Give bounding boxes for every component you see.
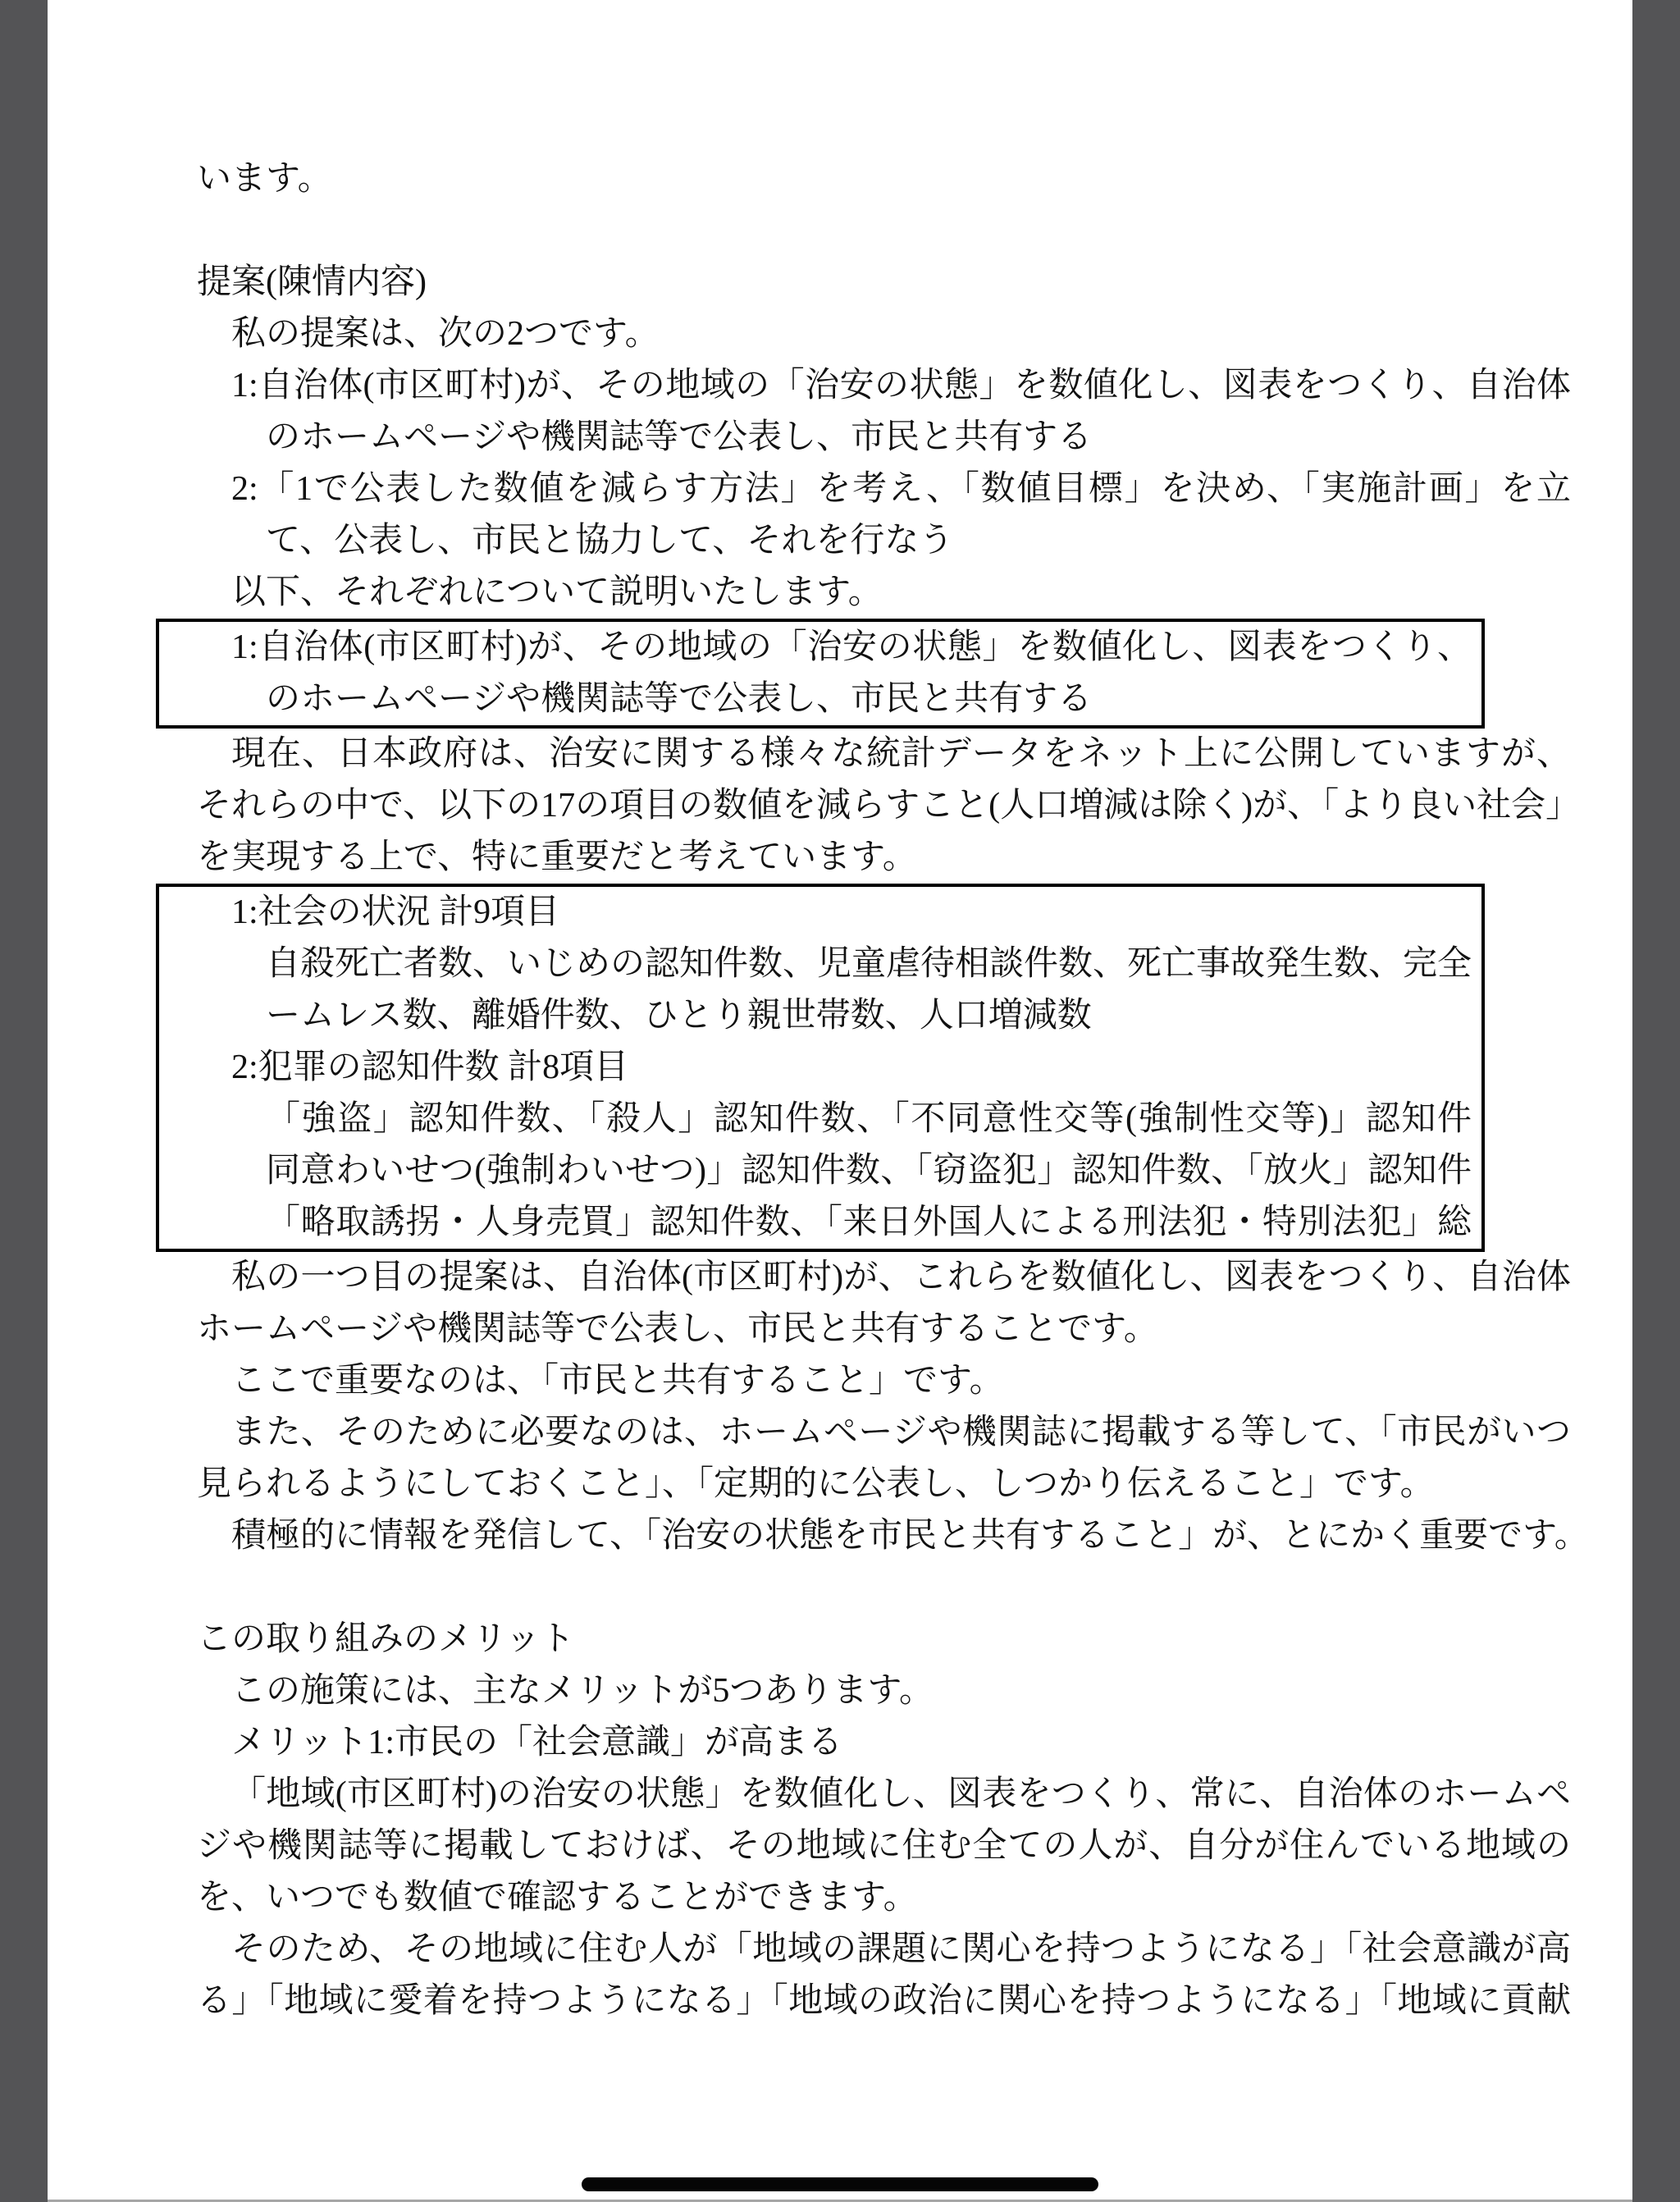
text-line: います。 bbox=[197, 153, 1571, 205]
paragraph-line: ジや機関誌等に掲載しておけば、その地域に住む全ての人が、自分が住んでいる地域の状… bbox=[197, 1821, 1571, 1872]
list-item: 1:自治体(市区町村)が、その地域の「治安の状態」を数値化し、図表をつくり、自治… bbox=[197, 360, 1571, 412]
right-margin-bar bbox=[1632, 0, 1680, 2202]
text-line: 私の提案は、次の2つです。 bbox=[197, 308, 1571, 360]
paragraph-line: この施策には、主なメリットが5つあります。 bbox=[197, 1665, 1571, 1717]
list-item: 2:「1で公表した数値を減らす方法」を考え、「数値目標」を決め、「実施計画」を立 bbox=[197, 464, 1571, 515]
blank-line bbox=[197, 205, 1571, 257]
boxed-category-header: 2:犯罪の認知件数 計8項目 bbox=[197, 1042, 1472, 1094]
list-item-continuation: て、公表し、市民と協力して、それを行なう bbox=[197, 515, 1571, 567]
boxed-text-line: 同意わいせつ(強制わいせつ)」認知件数、「窃盗犯」認知件数、「放火」認知件数、 bbox=[197, 1145, 1472, 1197]
boxed-text-line: 1:自治体(市区町村)が、その地域の「治安の状態」を数値化し、図表をつくり、自治… bbox=[197, 622, 1472, 674]
document-viewer-screen: います。 提案(陳情内容) 私の提案は、次の2つです。 1:自治体(市区町村)が… bbox=[0, 0, 1680, 2202]
blank-line bbox=[197, 1562, 1571, 1614]
boxed-text-line: 「強盗」認知件数、「殺人」認知件数、「不同意性交等(強制性交等)」認知件数、「不 bbox=[197, 1094, 1472, 1145]
boxed-category-header: 1:社会の状況 計9項目 bbox=[197, 887, 1472, 939]
paragraph-line: 見られるようにしておくこと」、「定期的に公表し、しつかり伝えること」です。 bbox=[197, 1459, 1571, 1510]
left-margin-bar bbox=[0, 0, 48, 2202]
paragraph-line: 現在、日本政府は、治安に関する様々な統計データをネット上に公開していますが、私は… bbox=[197, 729, 1571, 780]
paragraph-line: また、そのために必要なのは、ホームページや機関誌に掲載する等して、「市民がいつで… bbox=[197, 1407, 1571, 1459]
paragraph-line: そのため、その地域に住む人が「地域の課題に関心を持つようになる」「社会意識が高ま bbox=[197, 1924, 1571, 1976]
proposal-1-box: 1:自治体(市区町村)が、その地域の「治安の状態」を数値化し、図表をつくり、自治… bbox=[156, 619, 1485, 729]
paragraph-line: を実現する上で、特に重要だと考えています。 bbox=[197, 832, 1571, 884]
paragraph-line: それらの中で、以下の17の項目の数値を減らすこと(人口増減は除く)が、「より良い… bbox=[197, 780, 1571, 832]
paragraph-line: ホームページや機関誌等で公表し、市民と共有することです。 bbox=[197, 1304, 1571, 1355]
paragraph-line: ここで重要なのは、「市民と共有すること」です。 bbox=[197, 1355, 1571, 1407]
paragraph-line: る」「地域に愛着を持つようになる」「地域の政治に関心を持つようになる」「地域に貢… bbox=[197, 1976, 1571, 2027]
statistics-items-box: 1:社会の状況 計9項目 自殺死亡者数、いじめの認知件数、児童虐待相談件数、死亡… bbox=[156, 884, 1485, 1252]
list-item-continuation: のホームページや機関誌等で公表し、市民と共有する bbox=[197, 412, 1571, 464]
paragraph-line: 私の一つ目の提案は、自治体(市区町村)が、これらを数値化し、図表をつくり、自治体… bbox=[197, 1252, 1571, 1304]
section-heading: この取り組みのメリット bbox=[197, 1614, 1571, 1665]
paragraph-line: 「地域(市区町村)の治安の状態」を数値化し、図表をつくり、常に、自治体のホームペ… bbox=[197, 1769, 1571, 1821]
boxed-text-line: 「略取誘拐・人身売買」認知件数、「来日外国人による刑法犯・特別法犯」総検挙件数 bbox=[197, 1197, 1472, 1249]
section-heading: 提案(陳情内容) bbox=[197, 257, 1571, 308]
text-line: 以下、それぞれについて説明いたします。 bbox=[197, 567, 1571, 619]
paragraph-line: を、いつでも数値で確認することができます。 bbox=[197, 1872, 1571, 1924]
boxed-text-line: ームレス数、離婚件数、ひとり親世帯数、人口増減数 bbox=[197, 990, 1472, 1042]
boxed-text-line: のホームページや機関誌等で公表し、市民と共有する bbox=[197, 674, 1472, 725]
home-indicator-handle[interactable] bbox=[582, 2177, 1098, 2191]
document-page: います。 提案(陳情内容) 私の提案は、次の2つです。 1:自治体(市区町村)が… bbox=[197, 153, 1571, 2027]
paragraph-line: 積極的に情報を発信して、「治安の状態を市民と共有すること」が、とにかく重要です。 bbox=[197, 1510, 1571, 1562]
boxed-text-line: 自殺死亡者数、いじめの認知件数、児童虐待相談件数、死亡事故発生数、完全失業率、ホ bbox=[197, 939, 1472, 990]
merit-title: メリット1:市民の「社会意識」が高まる bbox=[197, 1717, 1571, 1769]
